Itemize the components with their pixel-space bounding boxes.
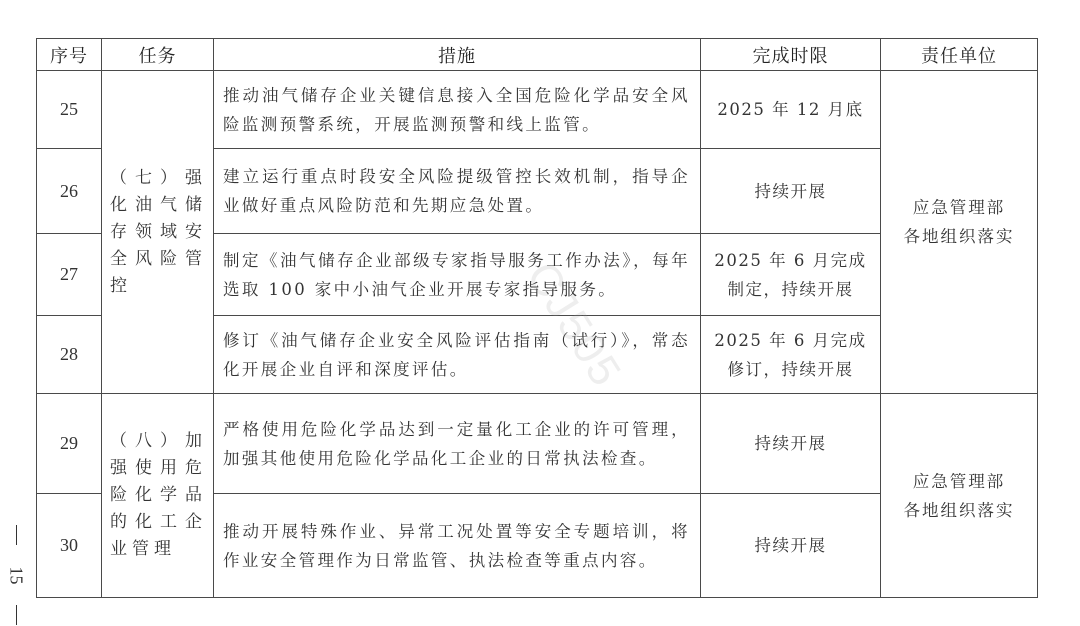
unit-line-1: 应急管理部 — [881, 193, 1037, 222]
task-cell: （七）强化油气储存领域安全风险管控 — [102, 71, 214, 394]
row-seq: 30 — [37, 494, 102, 598]
row-deadline: 持续开展 — [701, 394, 881, 494]
unit-line-1: 应急管理部 — [881, 467, 1037, 496]
table-row: 29 （八）加强使用危险化学品的化工企业管理 严格使用危险化学品达到一定量化工企… — [37, 394, 1038, 494]
header-measure: 措施 — [214, 39, 701, 71]
unit-line-2: 各地组织落实 — [881, 496, 1037, 525]
unit-line-2: 各地组织落实 — [881, 222, 1037, 251]
row-measure: 推动开展特殊作业、异常工况处置等安全专题培训，将作业安全管理作为日常监管、执法检… — [214, 494, 701, 598]
header-deadline: 完成时限 — [701, 39, 881, 71]
row-deadline: 持续开展 — [701, 149, 881, 234]
row-deadline: 持续开展 — [701, 494, 881, 598]
row-measure: 建立运行重点时段安全风险提级管控长效机制，指导企业做好重点风险防范和先期应急处置… — [214, 149, 701, 234]
unit-cell: 应急管理部 各地组织落实 — [881, 394, 1038, 598]
task-cell: （八）加强使用危险化学品的化工企业管理 — [102, 394, 214, 598]
page-number: 15 — [2, 525, 30, 625]
row-seq: 29 — [37, 394, 102, 494]
task-text: （八）加强使用危险化学品的化工企业管理 — [110, 428, 207, 563]
row-seq: 28 — [37, 316, 102, 394]
row-deadline: 2025 年 6 月完成制定，持续开展 — [701, 234, 881, 316]
row-deadline: 2025 年 6 月完成修订，持续开展 — [701, 316, 881, 394]
table-header-row: 序号 任务 措施 完成时限 责任单位 — [37, 39, 1038, 71]
page-number-value: 15 — [6, 566, 27, 584]
task-text: （七）强化油气储存领域安全风险管控 — [110, 165, 207, 300]
row-deadline: 2025 年 12 月底 — [701, 71, 881, 149]
row-seq: 26 — [37, 149, 102, 234]
unit-cell: 应急管理部 各地组织落实 — [881, 71, 1038, 394]
row-measure: 推动油气储存企业关键信息接入全国危险化学品安全风险监测预警系统，开展监测预警和线… — [214, 71, 701, 149]
page-number-dash-bottom — [16, 605, 17, 625]
page-number-dash-top — [16, 525, 17, 545]
row-seq: 25 — [37, 71, 102, 149]
row-seq: 27 — [37, 234, 102, 316]
header-unit: 责任单位 — [881, 39, 1038, 71]
header-task: 任务 — [102, 39, 214, 71]
header-seq: 序号 — [37, 39, 102, 71]
row-measure: 制定《油气储存企业部级专家指导服务工作办法》，每年选取 100 家中小油气企业开… — [214, 234, 701, 316]
task-plan-table: 序号 任务 措施 完成时限 责任单位 25 （七）强化油气储存领域安全风险管控 … — [36, 38, 1038, 598]
table-row: 25 （七）强化油气储存领域安全风险管控 推动油气储存企业关键信息接入全国危险化… — [37, 71, 1038, 149]
row-measure: 修订《油气储存企业安全风险评估指南（试行）》，常态化开展企业自评和深度评估。 — [214, 316, 701, 394]
row-measure: 严格使用危险化学品达到一定量化工企业的许可管理，加强其他使用危险化学品化工企业的… — [214, 394, 701, 494]
